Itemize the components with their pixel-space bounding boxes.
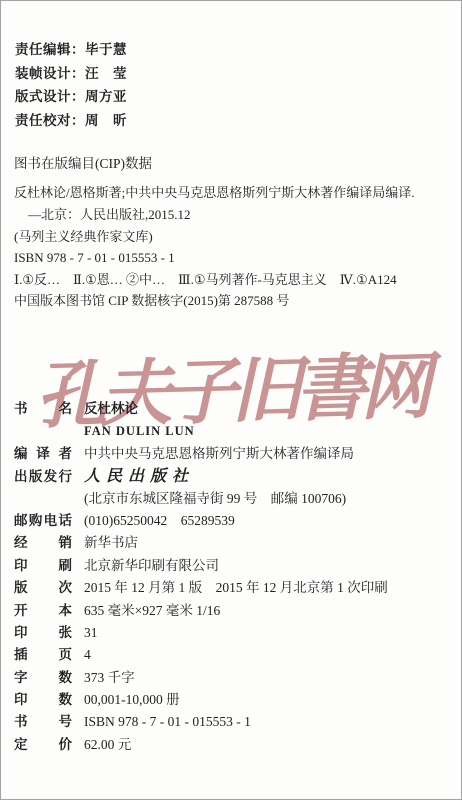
row-label: 印刷 [14, 555, 72, 577]
row-label: 字数 [14, 667, 72, 689]
row-label: 定价 [14, 734, 72, 756]
colophon-row-inserts: 插页 4 [14, 644, 455, 666]
printrun-value: 00,001-10,000 册 [84, 689, 455, 711]
colophon-row-printrun: 印数 00,001-10,000 册 [14, 689, 455, 711]
inserts-value: 4 [84, 644, 455, 666]
row-label: 版次 [14, 577, 72, 599]
row-label: 开本 [14, 600, 72, 622]
colophon-row-format: 开本 635 毫米×927 毫米 1/16 [14, 600, 455, 622]
row-label: 插页 [14, 644, 72, 666]
colophon-row-mailorder-phone: 邮购电话 (010)65250042 65289539 [14, 510, 455, 532]
colophon-row-title-pinyin: FAN DULIN LUN [14, 420, 455, 442]
printer-value: 北京新华印刷有限公司 [84, 555, 455, 577]
cip-series-line: (马列主义经典作家文库) [14, 226, 453, 248]
staff-credits: 责任编辑：毕于慧 装帧设计：汪 莹 版式设计：周方亚 责任校对：周 昕 [15, 39, 127, 133]
cip-entry-line1: 反杜林论/恩格斯著;中共中央马克思恩格斯列宁斯大林著作编译局编译. [14, 182, 453, 204]
staff-line-proofreader: 责任校对：周 昕 [15, 110, 127, 134]
book-colophon-page: 责任编辑：毕于慧 装帧设计：汪 莹 版式设计：周方亚 责任校对：周 昕 图书在版… [0, 0, 462, 800]
cip-heading: 图书在版编目(CIP)数据 [14, 152, 152, 172]
colophon-row-wordcount: 字数 373 千字 [14, 667, 455, 689]
staff-line-binding-design: 装帧设计：汪 莹 [15, 63, 127, 87]
row-label: 编译者 [14, 443, 72, 465]
row-label: 印张 [14, 622, 72, 644]
edition-value: 2015 年 12 月第 1 版 2015 年 12 月北京第 1 次印刷 [84, 577, 455, 599]
colophon-row-translator: 编译者 中共中央马克思恩格斯列宁斯大林著作编译局 [14, 443, 455, 465]
row-label: 邮购电话 [14, 510, 72, 532]
format-value: 635 毫米×927 毫米 1/16 [84, 600, 455, 622]
colophon-row-isbn: 书号 ISBN 978 - 7 - 01 - 015553 - 1 [14, 711, 455, 733]
colophon-row-printer: 印刷 北京新华印刷有限公司 [14, 555, 455, 577]
colophon-row-price: 定价 62.00 元 [14, 734, 455, 756]
colophon-row-edition: 版次 2015 年 12 月第 1 版 2015 年 12 月北京第 1 次印刷 [14, 577, 455, 599]
distributor-value: 新华书店 [84, 532, 455, 554]
cip-classification-line: Ⅰ.①反… Ⅱ.①恩… ②中… Ⅲ.①马列著作-马克思主义 Ⅳ.①A124 [14, 269, 453, 291]
staff-line-layout-design: 版式设计：周方亚 [15, 86, 127, 110]
book-title: 反杜林论 [84, 398, 455, 420]
row-label: 印数 [14, 689, 72, 711]
row-label: 经销 [14, 532, 72, 554]
colophon-row-distributor: 经销 新华书店 [14, 532, 455, 554]
price-value: 62.00 元 [84, 734, 455, 756]
colophon: 书名 反杜林论 FAN DULIN LUN 编译者 中共中央马克思恩格斯列宁斯大… [14, 398, 455, 756]
translator-value: 中共中央马克思恩格斯列宁斯大林著作编译局 [84, 443, 455, 465]
cip-entry: 反杜林论/恩格斯著;中共中央马克思恩格斯列宁斯大林著作编译局编译. —北京：人民… [14, 182, 453, 248]
wordcount-value: 373 千字 [84, 667, 455, 689]
mailorder-phone-value: (010)65250042 65289539 [84, 510, 455, 532]
colophon-row-publisher: 出版发行 人民出版社 [14, 465, 455, 487]
staff-line-editor: 责任编辑：毕于慧 [15, 39, 127, 63]
colophon-row-sheets: 印张 31 [14, 622, 455, 644]
sheets-value: 31 [84, 622, 455, 644]
colophon-row-title: 书名 反杜林论 [14, 398, 455, 420]
cip-meta: ISBN 978 - 7 - 01 - 015553 - 1 Ⅰ.①反… Ⅱ.①… [14, 247, 453, 312]
publisher-address: (北京市东城区隆福寺街 99 号 邮编 100706) [84, 488, 455, 510]
row-label: 书号 [14, 711, 72, 733]
isbn-value: ISBN 978 - 7 - 01 - 015553 - 1 [84, 711, 455, 733]
cip-isbn-line: ISBN 978 - 7 - 01 - 015553 - 1 [14, 247, 453, 269]
cip-entry-line2: —北京：人民出版社,2015.12 [14, 204, 453, 226]
book-title-pinyin: FAN DULIN LUN [84, 420, 455, 442]
row-label: 书名 [14, 398, 72, 420]
publisher-logotype: 人民出版社 [84, 465, 455, 487]
row-label: 出版发行 [14, 466, 72, 488]
colophon-row-publisher-address: (北京市东城区隆福寺街 99 号 邮编 100706) [14, 488, 455, 510]
cip-record-line: 中国版本图书馆 CIP 数据核字(2015)第 287588 号 [14, 290, 453, 312]
